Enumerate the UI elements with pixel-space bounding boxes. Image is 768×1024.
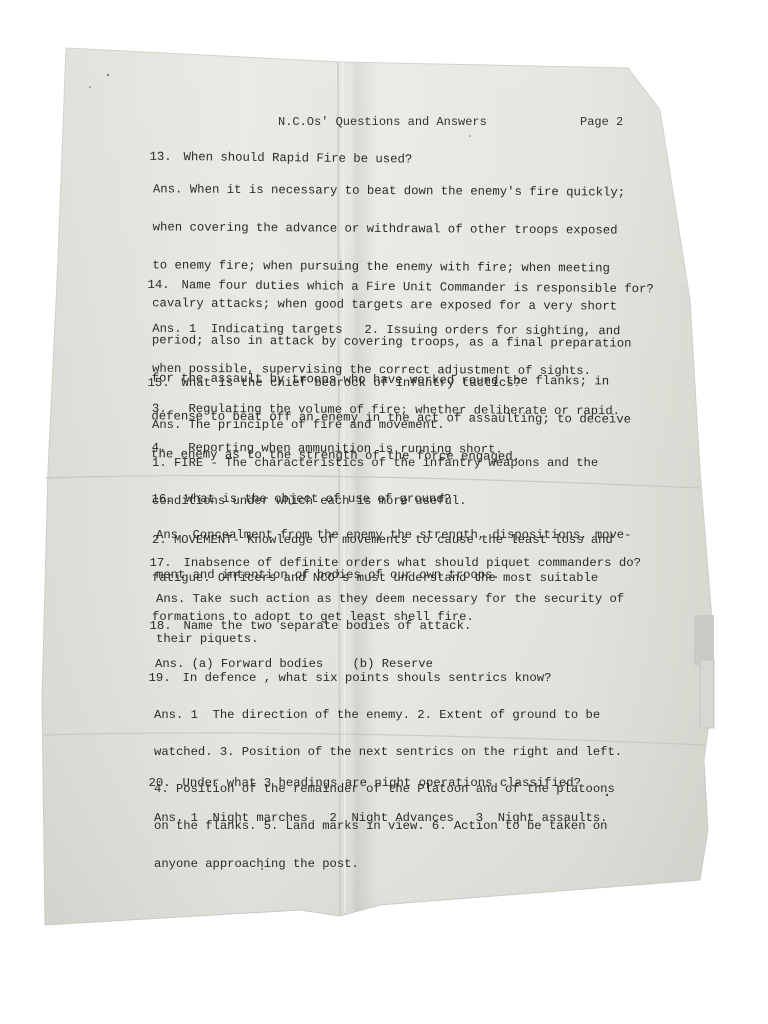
answer-line: watched. 3. Position of the next sentric… xyxy=(154,746,622,758)
document-photo: N.C.Os' Questions and Answers Page 2 13.… xyxy=(0,0,768,1024)
answer-line: Ans Concealment from the enemy the stren… xyxy=(156,529,631,542)
page-number: Page 2 xyxy=(580,115,623,129)
answer-line: 1. FIRE - The characteristics of the inf… xyxy=(152,457,613,470)
answer-line: Ans. When it is necessary to beat down t… xyxy=(153,184,633,200)
question-number: 18. xyxy=(150,619,184,633)
question-text: In defence , what six points shouls sent… xyxy=(183,671,552,685)
answer-line: Ans. 1 Night marches 2 Night Advances 3 … xyxy=(154,812,607,825)
answer-line: Ans. 1 The direction of the enemy. 2. Ex… xyxy=(154,709,622,721)
question-number: 19. xyxy=(149,671,183,685)
answer-line: Ans. The principle of fire and movement. xyxy=(152,419,613,432)
question-number: 14. xyxy=(147,278,181,292)
question-number: 15. xyxy=(148,376,182,390)
question-text: What is the chief bedrock of infantry ta… xyxy=(182,376,521,390)
answer-line: Ans. 1 Indicating targets 2. Issuing ord… xyxy=(152,323,620,339)
question-text: Name the two separate bodies of attack. xyxy=(184,619,472,633)
answer-20: Ans. 1 Night marches 2 Night Advances 3 … xyxy=(154,786,607,852)
document-title: N.C.Os' Questions and Answers xyxy=(278,115,487,129)
answer-line: when covering the advance or withdrawal … xyxy=(153,221,633,237)
answer-line: anyone approaching the post. xyxy=(154,858,622,870)
question-text: Name four duties which a Fire Unit Comma… xyxy=(181,278,653,296)
